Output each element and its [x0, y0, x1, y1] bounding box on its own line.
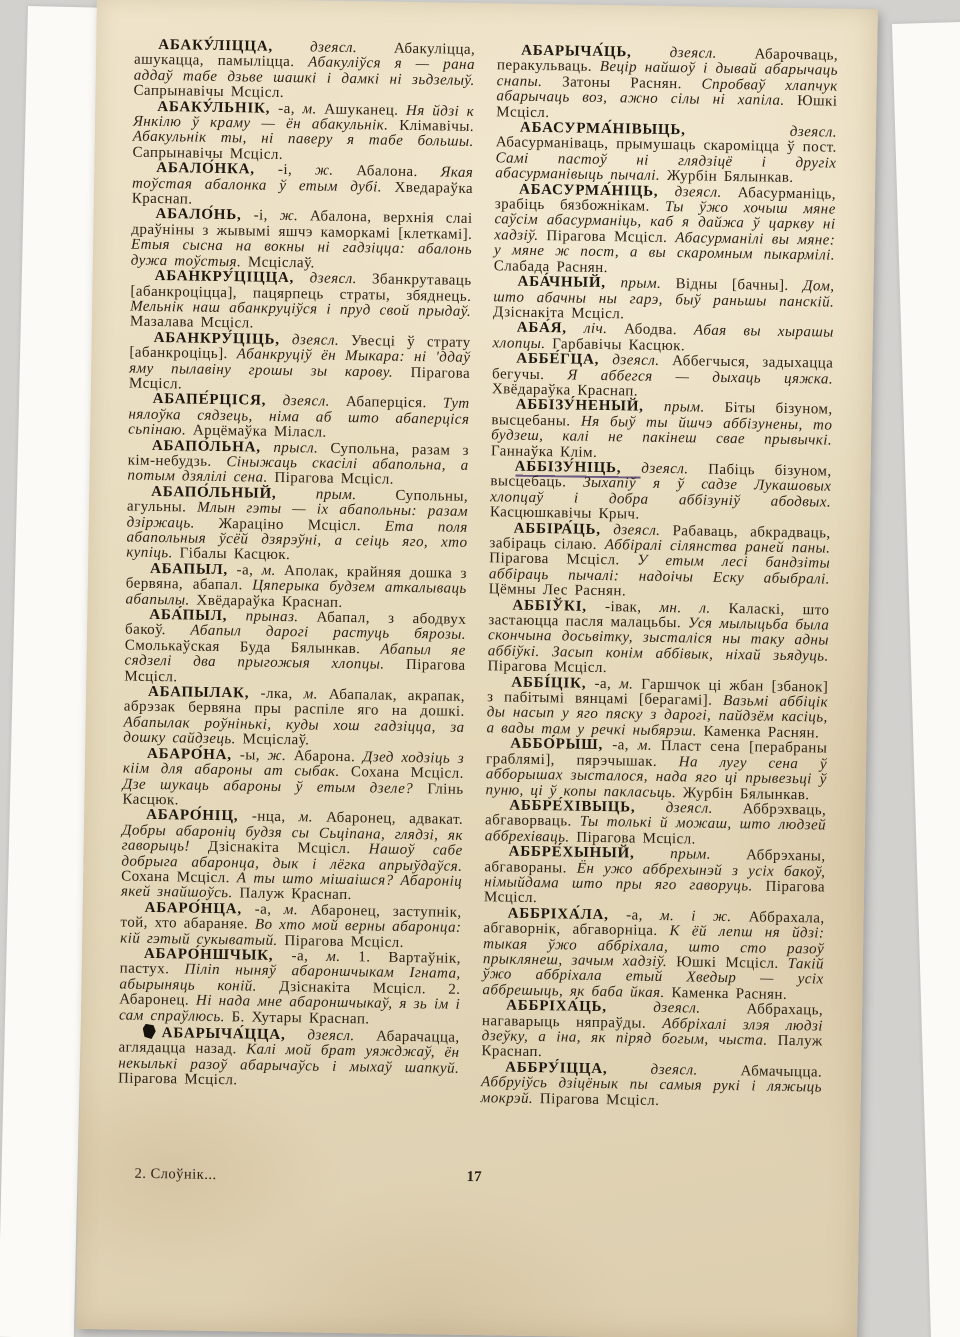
- entry-text: -нца,: [252, 809, 299, 826]
- entry-text: м.: [326, 949, 358, 966]
- dictionary-entry: АБАКУ́ЛІЦЦА, дзеясл. Абакуліцца, ашукацц…: [133, 38, 475, 105]
- text-columns: АБАКУ́ЛІЦЦА, дзеясл. Абакуліцца, ашукацц…: [80, 0, 878, 1112]
- dictionary-entry: АБАЛО́НЬ, -і, ж. Абалона, верхнія слаі д…: [131, 207, 473, 274]
- entry-text: Мсціслаў.: [242, 732, 309, 749]
- entry-text: -і,: [254, 208, 280, 224]
- dictionary-book-page: АБАКУ́ЛІЦЦА, дзеясл. Абакуліцца, ашукацц…: [76, 0, 878, 1337]
- entry-text: -а,: [612, 737, 638, 753]
- entry-text: ж.: [267, 747, 293, 763]
- dictionary-entry: АБАРЫЧА́ЦЦА, дзеясл. Абарачацца, аглядац…: [118, 1023, 460, 1092]
- entry-text: -а,: [255, 901, 284, 917]
- entry-text: Мазалава Мсцісл.: [130, 314, 254, 332]
- dictionary-column-right: АБАРЫЧА́ЦЬ, дзеясл. Абарочваць, перакуль…: [481, 43, 839, 1111]
- dictionary-entry: АБАПО́ЛЬНЫЙ, прым. Супольны, агульны. Мл…: [126, 484, 468, 566]
- entry-text: дзеясл.: [283, 393, 347, 410]
- dictionary-entry: АБАСУРМА́НІВЫЦЬ, дзеясл. Абасурманіваць,…: [495, 120, 837, 187]
- dictionary-entry: АБАРО́НА, -ы, ж. Абарона. Дзед ходзіць з…: [122, 746, 464, 813]
- dictionary-entry: АББРУ́ІЦЦА, дзеясл. Абмачыцца. Аббруіўсь…: [481, 1060, 823, 1112]
- dictionary-entry: АББІРА́ЦЬ, дзеясл. Рабаваць, абкрадваць,…: [489, 521, 831, 603]
- dictionary-entry: АБАПЫЛАК, -лка, м. Абапалак, акрапак, аб…: [123, 685, 465, 752]
- entry-text: дзеясл.: [307, 1027, 376, 1044]
- dictionary-entry: АББІЗУ́НІЦЬ, дзеясл. Пабіць бізуном, выс…: [490, 459, 832, 526]
- entry-text: -а,: [626, 907, 660, 924]
- entry-text: дзеясл.: [612, 352, 672, 369]
- dictionary-entry: АБА́ЧНЫЙ, прым. Відны [бачны]. Дом, што …: [493, 274, 835, 326]
- volume-footer-note: 2. Слоўнік...: [134, 1166, 216, 1184]
- headword: АБА́Я,: [517, 320, 584, 337]
- dictionary-entry: АБА́ПЫЛ, прыназ. Абапал, з абодвух бакоў…: [124, 608, 466, 690]
- entry-text: прыназ.: [246, 608, 317, 625]
- entry-text: м.: [638, 738, 661, 754]
- entry-text: прысл.: [273, 439, 330, 456]
- entry-text: Пірагова Мсцісл.: [118, 1071, 238, 1089]
- underlying-page-edge-right: [892, 21, 960, 1337]
- scanned-document-background: АБАКУ́ЛІЦЦА, дзеясл. Абакуліцца, ашукацц…: [0, 0, 960, 1337]
- entry-text: -івак,: [605, 599, 660, 616]
- entry-text: ліч.: [584, 321, 624, 338]
- dictionary-entry: АБАКУ́ЛЬНІК, -а, м. Ашуканец. Ня йдзі к …: [132, 99, 474, 166]
- entry-text: Слабада Раснян.: [494, 258, 608, 276]
- dictionary-entry: АББРІХА́ЦЬ, дзеясл. Аббрахаць, нагаварыц…: [481, 998, 823, 1065]
- dictionary-entry: АББЕ́ГЦА, дзеясл. Аббегчыся, задыхацца б…: [492, 351, 834, 403]
- dictionary-entry: АББРЕ́ХІВЫЦЬ, дзеясл. Аббрэхваць, абгаво…: [485, 798, 827, 850]
- dictionary-entry: АББІЗУ́НЕНЫЙ, прым. Біты бізуном, высцеб…: [491, 398, 833, 465]
- entry-text: Пірагова Мсцісл.: [540, 1091, 660, 1109]
- dictionary-column-left: АБАКУ́ЛІЦЦА, дзеясл. Абакуліцца, ашукацц…: [118, 38, 476, 1106]
- entry-text: мн. л.: [659, 600, 728, 617]
- entry-text: дзеясл.: [310, 270, 373, 287]
- entry-text: -а,: [236, 562, 261, 578]
- ink-blot-mark: [143, 1024, 156, 1039]
- dictionary-entry: АБАРО́НІЦ, -нца, м. Абаронец, адвакат. Д…: [121, 808, 463, 906]
- entry-text: дзеясл.: [292, 332, 351, 349]
- entry-text: ж.: [315, 163, 357, 180]
- entry-text: м.: [284, 902, 311, 918]
- entry-text: м.: [619, 676, 641, 692]
- entry-text: дзеясл.: [613, 522, 673, 539]
- entry-text: ж.: [279, 208, 310, 224]
- dictionary-entry: АБАЛО́НКА, -і, ж. Абалона. Якая тоўстая …: [132, 161, 474, 213]
- entry-text: -ы,: [240, 747, 268, 763]
- entry-text: дзеясл.: [790, 124, 837, 141]
- entry-text: м.: [262, 562, 285, 578]
- entry-text: Абодва.: [624, 322, 694, 339]
- dictionary-entry: АБАПЕ́РЦІСЯ, дзеясл. Абаперціся. Тут нял…: [128, 392, 470, 444]
- entry-text: Пірагова Мсцісл.: [487, 658, 607, 676]
- dictionary-entry: АБАПЫЛ, -а, м. Аполак, крайняя дошка з б…: [125, 561, 467, 613]
- entry-text: прым.: [620, 275, 675, 292]
- entry-text: дзеясл.: [641, 461, 708, 478]
- entry-text: -лка,: [260, 686, 303, 703]
- entry-text: Ганнаўка Клім.: [491, 443, 598, 461]
- entry-text: Абарона.: [294, 748, 363, 765]
- dictionary-entry: АББРІХА́ЛА, -а, м. і ж. Аббрахала, абгав…: [482, 906, 824, 1004]
- entry-text: дзеясл.: [675, 184, 738, 201]
- dictionary-entry: АББІ́ЦІК, -а, м. Гаршчок ці жбан [збанок…: [486, 675, 828, 742]
- dictionary-entry: АБАНКРУ́ЦІЦЬ, дзеясл. Увесці ў страту [а…: [129, 330, 471, 397]
- entry-text: Б. Хутары Краснап.: [231, 1009, 369, 1027]
- dictionary-entry: АББІЎКІ, -івак, мн. л. Каласкі, што заст…: [487, 598, 829, 680]
- dictionary-entry: АББО́РЫШ, -а, м. Пласт сена [перабраны г…: [485, 736, 827, 803]
- entry-text: м.: [302, 101, 324, 117]
- dictionary-entry: АБАНКРУ́ЦІЦЦА, дзеясл. Збанкрутаваць [аб…: [130, 269, 472, 336]
- dictionary-entry: АББРЕ́ХЫНЫЙ, прым. Аббрэханы, абгавораны…: [484, 844, 826, 911]
- entry-text: м.: [304, 686, 329, 702]
- entry-text: м.: [299, 810, 327, 826]
- dictionary-entry: АБАПО́ЛЬНА, прысл. Супольна, разам з кім…: [127, 438, 469, 490]
- entry-text: -а,: [594, 676, 619, 692]
- dictionary-entry: АБАРО́НШЧЫК, -а, м. 1. Вартаўнік, пастух…: [119, 946, 461, 1028]
- entry-text: прым.: [664, 399, 725, 416]
- dictionary-entry: АБАРЫЧА́ЦЬ, дзеясл. Абарочваць, перакуль…: [496, 43, 838, 125]
- dictionary-entry: АБАРО́НЦА, -а, м. Абаронец, заступнік, т…: [120, 900, 462, 952]
- entry-text: Цёмны Лес Раснян.: [489, 581, 627, 599]
- page-number: 17: [466, 1169, 481, 1186]
- entry-text: -і,: [278, 162, 315, 179]
- dictionary-entry: АБАСУРМА́НІЦЬ, дзеясл. Абасурманіць, зра…: [494, 182, 836, 280]
- entry-text: -а,: [291, 948, 326, 965]
- entry-text: -а,: [278, 100, 303, 116]
